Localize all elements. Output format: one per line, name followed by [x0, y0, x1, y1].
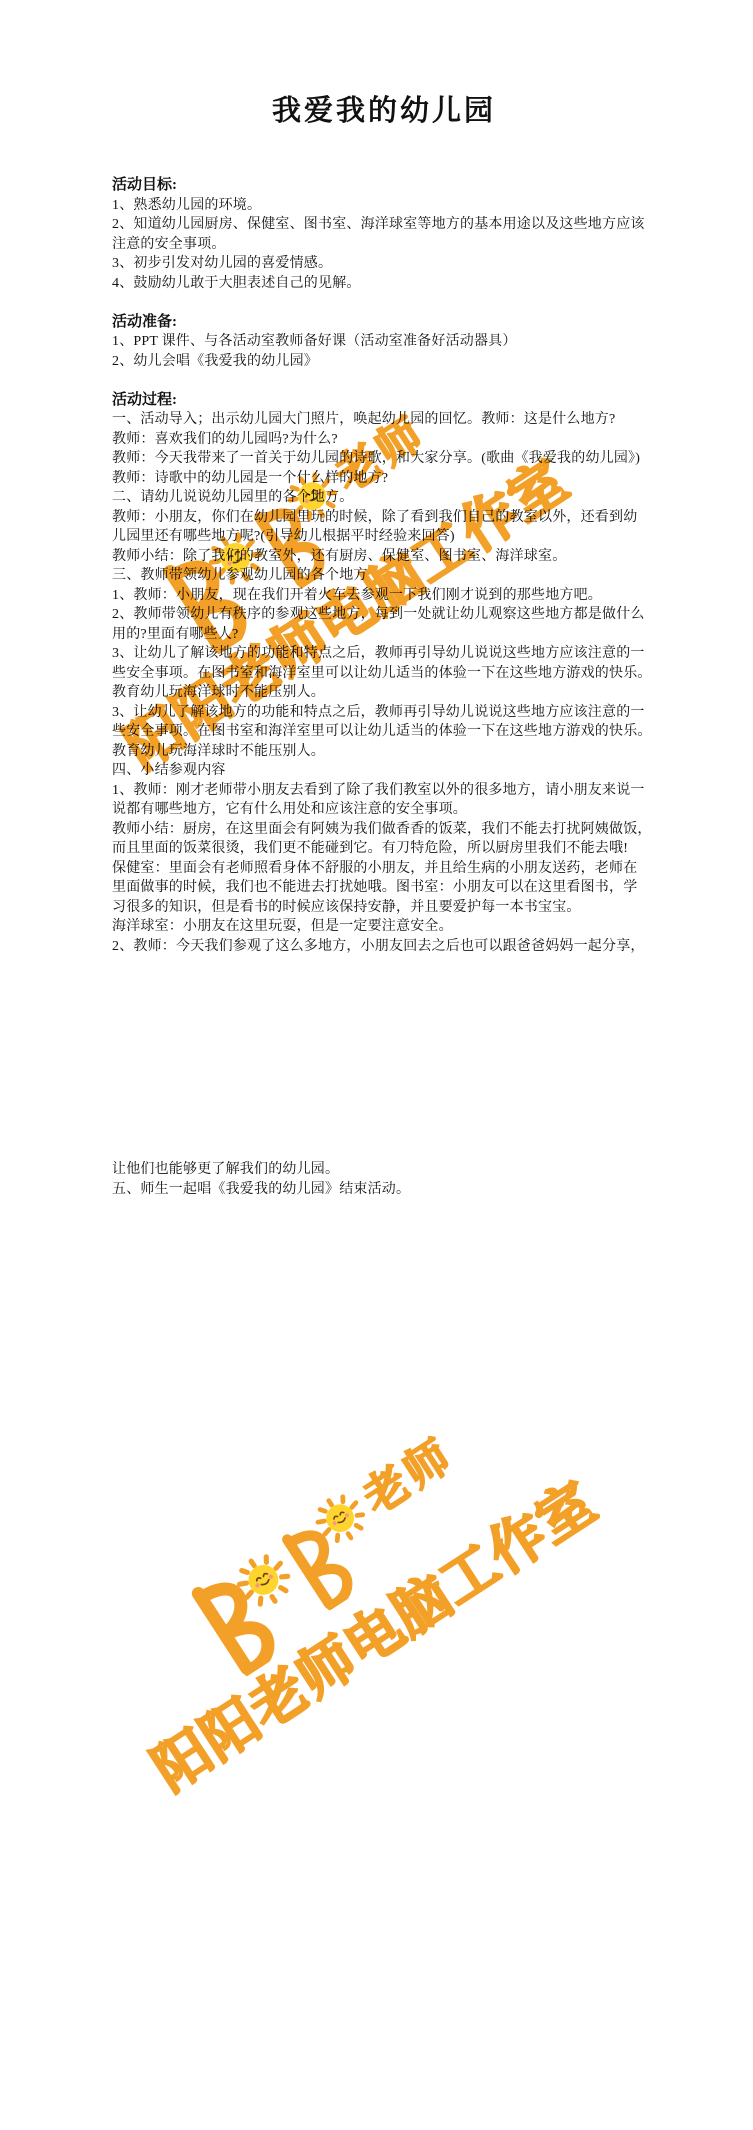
text-line: 教师：今天我带来了一首关于幼儿园的诗歌，和大家分享。(歌曲《我爱我的幼儿园》): [112, 449, 656, 469]
text-line: 些安全事项。在图书室和海洋室里可以让幼儿适当的体验一下在这些地方游戏的快乐。: [112, 664, 656, 684]
text-line: 海洋球室：小朋友在这里玩耍，但是一定要注意安全。: [112, 917, 656, 937]
text-line: 3、初步引发对幼儿园的喜爱情感。: [112, 254, 656, 274]
section: 活动目标:1、熟悉幼儿园的环境。2、知道幼儿园厨房、保健室、图书室、海洋球室等地…: [112, 176, 656, 293]
text-line: 4、鼓励幼儿敢于大胆表述自己的见解。: [112, 274, 656, 294]
section: 活动过程:一、活动导入；出示幼儿园大门照片，唤起幼儿园的回忆。教师：这是什么地方…: [112, 391, 656, 1200]
text-line: 些安全事项。在图书室和海洋室里可以让幼儿适当的体验一下在这些地方游戏的快乐。: [112, 722, 656, 742]
sun-icon: [304, 1482, 376, 1554]
text-line: 3、让幼儿了解该地方的功能和特点之后，教师再引导幼儿说说这些地方应该注意的一: [112, 703, 656, 723]
section-heading: 活动准备:: [112, 313, 656, 333]
text-line: 四、小结参观内容: [112, 761, 656, 781]
text-line: 教师：诗歌中的幼儿园是一个什么样的地方?: [112, 469, 656, 489]
text-line: 1、教师：小朋友，现在我们开着火车去参观一下我们刚才说到的那些地方吧。: [112, 586, 656, 606]
text-line: 2、幼儿会唱《我爱我的幼儿园》: [112, 352, 656, 372]
document-page: 我爱我的幼儿园 活动目标:1、熟悉幼儿园的环境。2、知道幼儿园厨房、保健室、图书…: [0, 0, 753, 2130]
text-line: 而且里面的饭菜很烫，我们更不能碰到它。有刀特危险，所以厨房里我们不能去哦!: [112, 839, 656, 859]
text-line: 教师：小朋友，你们在幼儿园里玩的时候，除了看到我们自己的教室以外，还看到幼: [112, 508, 656, 528]
watermark: 老师 阳阳老师电脑工作室: [83, 1354, 649, 1807]
text-line: 教师小结：除了我们的教室外，还有厨房、保健室、图书室、海洋球室。: [112, 547, 656, 567]
document-title: 我爱我的幼儿园: [112, 88, 656, 129]
text-line: 一、活动导入；出示幼儿园大门照片，唤起幼儿园的回忆。教师：这是什么地方?: [112, 410, 656, 430]
text-line: 2、知道幼儿园厨房、保健室、图书室、海洋球室等地方的基本用途以及这些地方应该: [112, 215, 656, 235]
document: 我爱我的幼儿园 活动目标:1、熟悉幼儿园的环境。2、知道幼儿园厨房、保健室、图书…: [112, 0, 656, 1199]
text-line: 1、教师：刚才老师带小朋友去看到了除了我们教室以外的很多地方，请小朋友来说一: [112, 781, 656, 801]
section-heading: 活动过程:: [112, 391, 656, 411]
fu-radical-icon: [182, 1563, 287, 1682]
text-line: 1、PPT 课件、与各活动室教师备好课（活动室准备好活动器具）: [112, 332, 656, 352]
text-line: 教育幼儿玩海洋球时不能压别人。: [112, 742, 656, 762]
text-line: 2、教师带领幼儿有秩序的参观这些地方，每到一处就让幼儿观察这些地方都是做什么: [112, 605, 656, 625]
text-line: 里面做事的时候，我们也不能进去打扰她哦。图书室：小朋友可以在这里看图书，学: [112, 878, 656, 898]
section-heading: 活动目标:: [112, 176, 656, 196]
text-line: 注意的安全事项。: [112, 235, 656, 255]
text-line: 五、师生一起唱《我爱我的幼儿园》结束活动。: [112, 1180, 656, 1200]
watermark-text: 阳阳老师电脑工作室: [140, 1441, 649, 1806]
text-line: 三、教师带领幼儿参观幼儿园的各个地方: [112, 566, 656, 586]
text-line: 2、教师：今天我们参观了这么多地方，小朋友回去之后也可以跟爸爸妈妈一起分享，: [112, 937, 656, 957]
text-line: 习很多的知识，但是看书的时候应该保持安静，并且要爱护每一本书宝宝。: [112, 898, 656, 918]
text-line: 二、请幼儿说说幼儿园里的各个地方。: [112, 488, 656, 508]
text-line: 教师小结：厨房，在这里面会有阿姨为我们做香香的饭菜，我们不能去打扰阿姨做饭，: [112, 820, 656, 840]
fu-radical-icon: [273, 1513, 364, 1616]
watermark-logo-label: 老师: [348, 1420, 463, 1526]
text-line: 3、让幼儿了解该地方的功能和特点之后，教师再引导幼儿说说这些地方应该注意的一: [112, 644, 656, 664]
text-line: 教师：喜欢我们的幼儿园吗?为什么?: [112, 430, 656, 450]
text-line: 让他们也能够更了解我们的幼儿园。: [112, 1160, 656, 1180]
section: 活动准备:1、PPT 课件、与各活动室教师备好课（活动室准备好活动器具）2、幼儿…: [112, 313, 656, 372]
text-line: 儿园里还有哪些地方呢?(引导幼儿根据平时经验来回答): [112, 527, 656, 547]
text-line: 说都有哪些地方，它有什么用处和应该注意的安全事项。: [112, 800, 656, 820]
text-line: 教育幼儿玩海洋球时不能压别人。: [112, 683, 656, 703]
text-line: 用的?里面有哪些人?: [112, 625, 656, 645]
document-body: 活动目标:1、熟悉幼儿园的环境。2、知道幼儿园厨房、保健室、图书室、海洋球室等地…: [112, 176, 656, 1199]
text-line: 1、熟悉幼儿园的环境。: [112, 196, 656, 216]
watermark-logo: 老师: [182, 1354, 609, 1682]
text-line: 保健室：里面会有老师照看身体不舒服的小朋友，并且给生病的小朋友送药，老师在: [112, 859, 656, 879]
blank-gap: [112, 956, 656, 1160]
sun-icon: [225, 1541, 302, 1618]
